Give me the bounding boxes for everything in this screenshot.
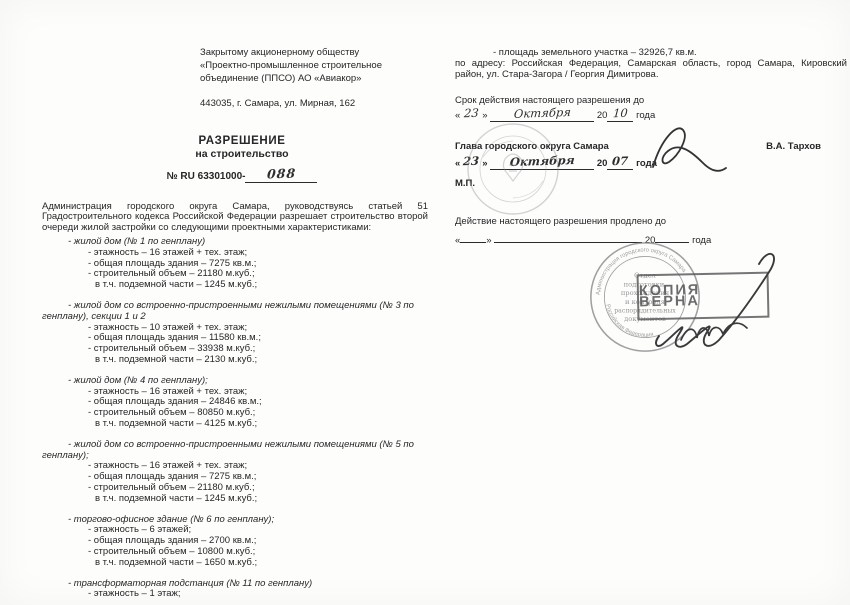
building-item: - жилой дом со встроенно-пристроенными н… [42, 301, 428, 366]
permit-number-line: № RU 63301000-088 [56, 170, 428, 183]
handwritten-month: Октября [513, 107, 571, 120]
document-subtitle: на строительство [56, 149, 428, 160]
signature-clerk [639, 233, 795, 379]
day-blank [460, 230, 486, 243]
permit-number-prefix: № RU 63301000- [167, 171, 246, 182]
document-page: Закрытому акционерному обществу «Проектн… [0, 0, 850, 605]
building-item: - жилой дом (№ 4 по генплану); - этажнос… [42, 376, 428, 430]
permit-number-blank: 088 [245, 170, 317, 183]
building-item: - торгово-офисное здание (№ 6 по генплан… [42, 515, 428, 569]
official-seal-stamp [465, 121, 561, 217]
building-spec: - этажность – 16 этажей + тех. этаж; [42, 248, 428, 259]
building-spec: - этажность – 1 этаж; [42, 589, 428, 600]
signature-head [645, 121, 731, 183]
day-blank: 23 [460, 109, 482, 121]
intro-paragraph: Администрация городского округа Самара, … [42, 202, 428, 234]
year-blank: 07 [607, 157, 633, 170]
addressee-line: объединение (ППСО) АО «Авиакор» [200, 72, 428, 85]
building-title: - жилой дом (№ 4 по генплану); [42, 376, 428, 387]
building-spec: в т.ч. подземной части – 1245 м.куб.; [42, 494, 428, 505]
building-item: - трансформаторная подстанция (№ 11 по г… [42, 579, 428, 601]
handwritten-year: 07 [612, 156, 629, 168]
quote-close: » [482, 110, 487, 121]
permit-number-handwritten: 088 [267, 168, 297, 180]
land-area-line: - площадь земельного участка – 32926,7 к… [455, 47, 847, 58]
validity-block: Срок действия настоящего разрешения до «… [455, 95, 847, 122]
quote-close: » [486, 235, 491, 246]
addressee-address: 443035, г. Самара, ул. Мирная, 162 [200, 97, 428, 110]
seal-emblem [503, 154, 522, 181]
year-blank: 10 [607, 109, 633, 122]
building-title: - жилой дом со встроенно-пристроенными н… [42, 301, 428, 323]
extension-label: Действие настоящего разрешения продлено … [455, 216, 847, 227]
year-suffix: года [636, 110, 655, 121]
signatory-name: В.А. Тархов [766, 141, 821, 152]
validity-label: Срок действия настоящего разрешения до [455, 95, 847, 106]
building-item: - жилой дом со встроенно-пристроенными н… [42, 440, 428, 505]
addressee-line: «Проектно-промышленное строительное [200, 59, 428, 72]
handwritten-year: 10 [613, 108, 628, 120]
addressee-block: Закрытому акционерному обществу «Проектн… [200, 46, 428, 110]
addressee-line: Закрытому акционерному обществу [200, 46, 428, 59]
document-title: РАЗРЕШЕНИЕ [56, 136, 428, 147]
left-column: Закрытому акционерному обществу «Проектн… [42, 40, 428, 605]
year-prefix: 20 [597, 110, 608, 121]
building-item: - жилой дом (№ 1 по генплану) - этажност… [42, 237, 428, 291]
year-prefix: 20 [597, 158, 608, 169]
building-spec: в т.ч. подземной части – 2130 м.куб.; [42, 355, 428, 366]
building-spec: в т.ч. подземной части – 4125 м.куб.; [42, 419, 428, 430]
handwritten-day: 23 [464, 108, 479, 120]
site-address-line: по адресу: Российская Федерация, Самарск… [455, 58, 847, 80]
building-spec: в т.ч. подземной части – 1650 м.куб.; [42, 558, 428, 569]
building-title: - жилой дом со встроенно-пристроенными н… [42, 440, 428, 462]
title-block: РАЗРЕШЕНИЕ на строительство № RU 6330100… [42, 136, 428, 183]
land-plot-block: - площадь земельного участка – 32926,7 к… [455, 47, 847, 80]
building-spec: в т.ч. подземной части – 1245 м.куб.; [42, 280, 428, 291]
